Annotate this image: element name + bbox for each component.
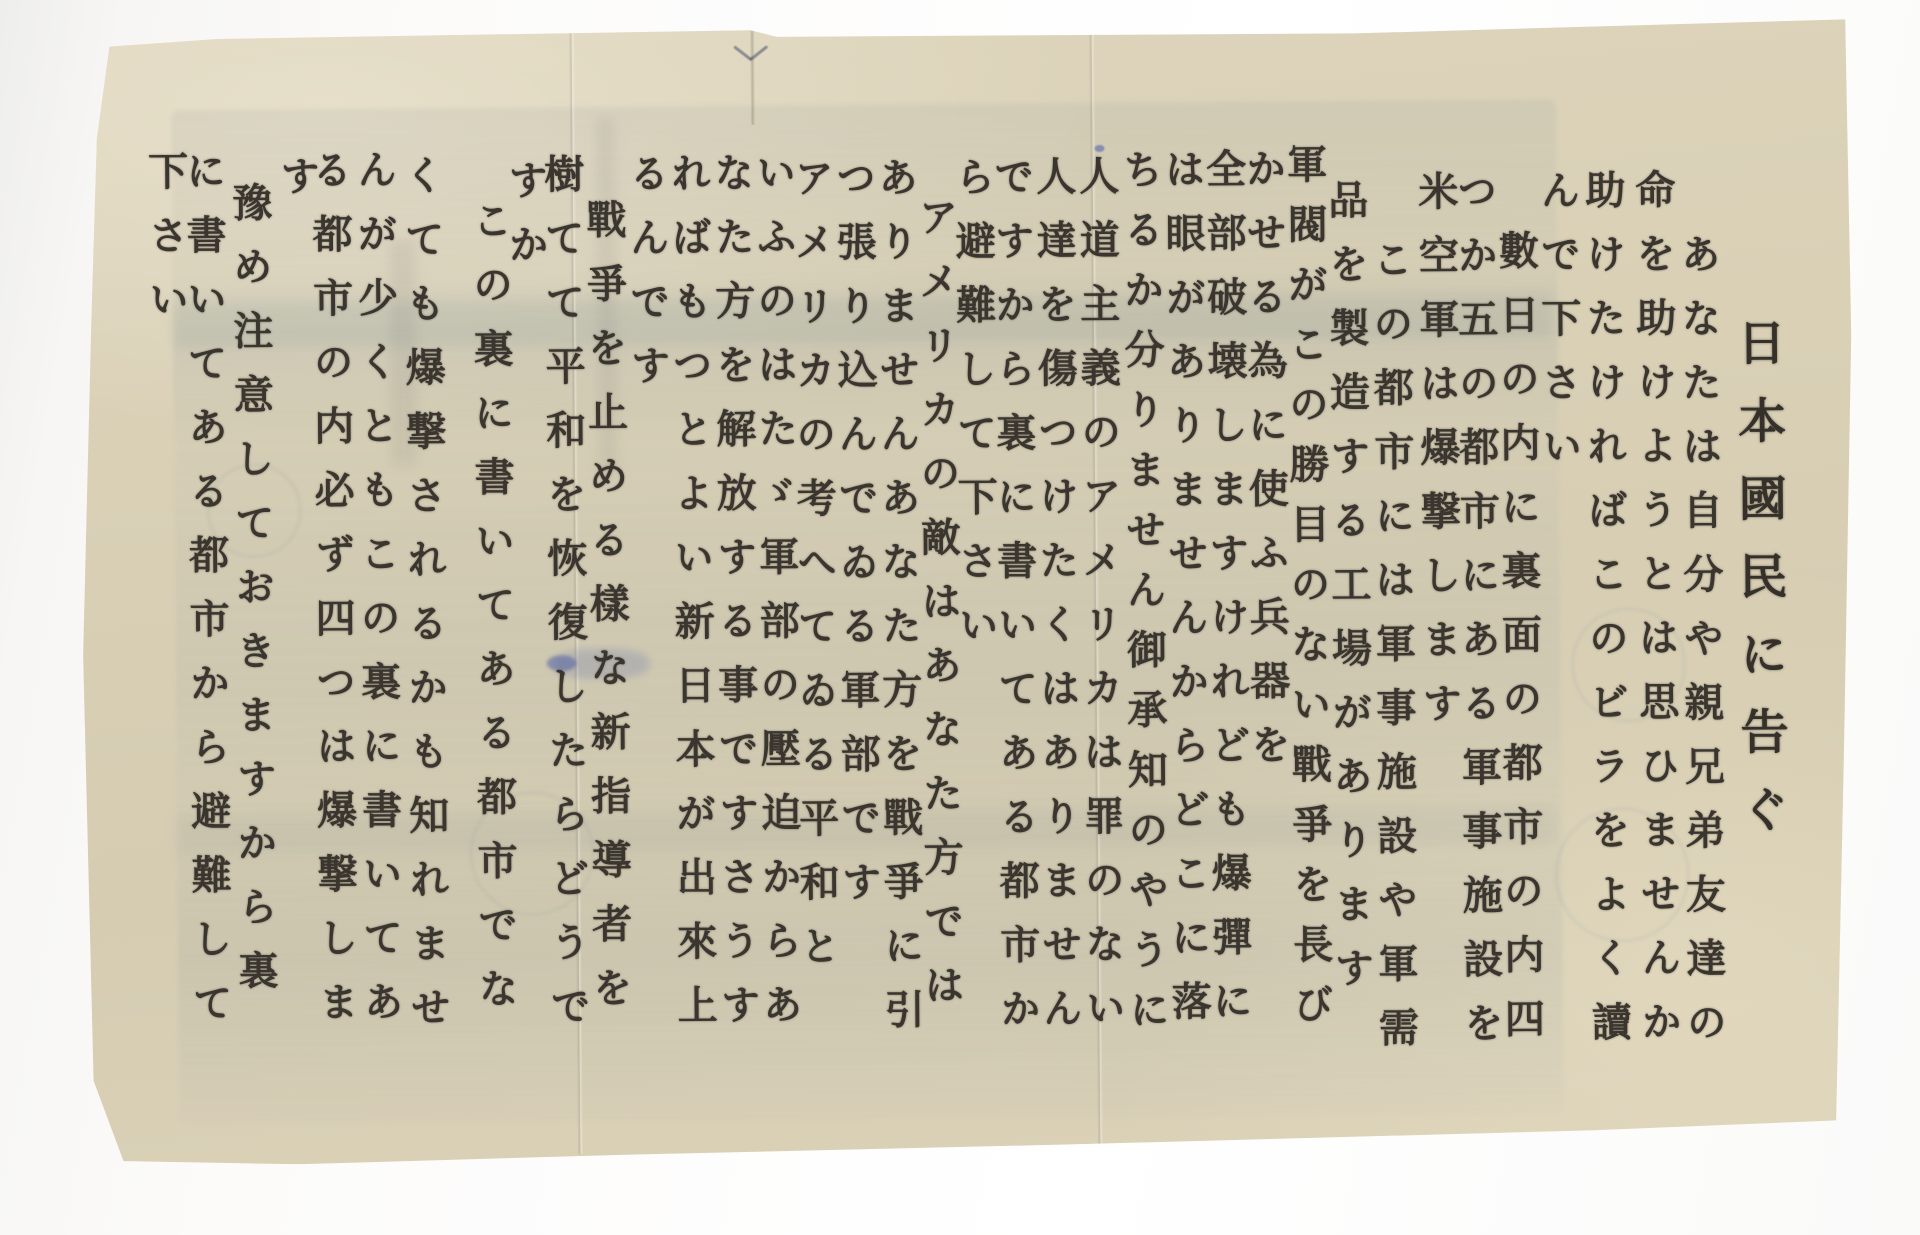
text-column: この裏に書いてある都市でな <box>465 200 516 1032</box>
text-column: す <box>273 155 318 219</box>
text-column: 豫め注意しておきますから裏 <box>225 181 276 1013</box>
text-column: 助けたければこのビラをよく讀 <box>1578 169 1629 1065</box>
text-column: るんです <box>622 152 668 408</box>
leaflet-paper: 日本國民に告ぐ あなたは自分や親兄弟友達の 命を助けようとは思ひませんか 助けた… <box>76 17 1860 1166</box>
text-column: あなたは自分や親兄弟友達の <box>1673 233 1724 1065</box>
ink-dot-blue <box>1094 145 1104 152</box>
text-column: る都市の内必ず四つは爆撃しま <box>305 149 356 1045</box>
text-column: 樹てて平和を恢復したらどうで <box>537 153 588 1049</box>
document-title: 日本國民に告ぐ <box>1725 318 1785 863</box>
fold-crease <box>750 30 756 125</box>
text-column: くても爆撃されるかも知れませ <box>397 154 448 1050</box>
text-column: 下さい <box>141 150 187 342</box>
text-column: 命を助けようとは思ひませんか <box>1628 168 1679 1064</box>
text-column: ればもつとよい新日本が出來上 <box>664 152 715 1048</box>
text-column: 米空軍は爆撃します <box>1411 170 1460 746</box>
